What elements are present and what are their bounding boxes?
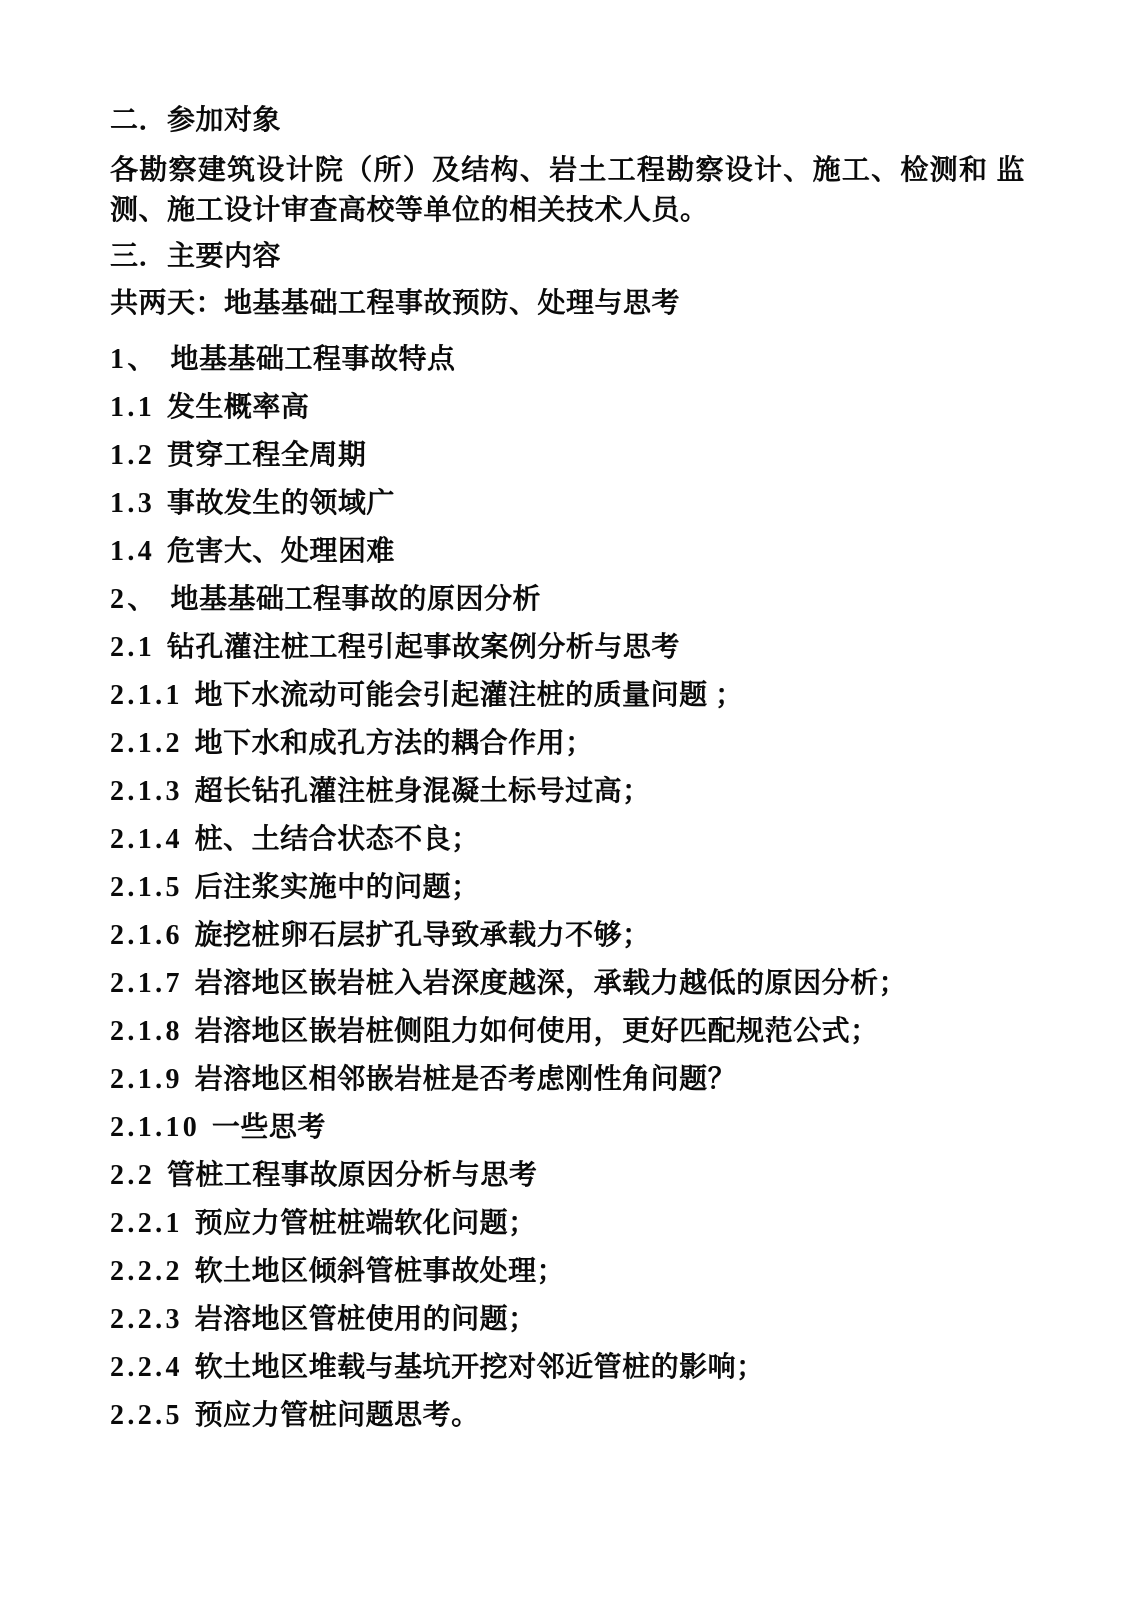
outline-item: 2、地基基础工程事故的原因分析 [110,585,1025,615]
outline-item: 2.2.4软土地区堆载与基坑开挖对邻近管桩的影响； [110,1353,1025,1383]
outline-item-text: 危害大、处理困难 [167,536,395,567]
outline-item: 2.1.9岩溶地区相邻嵌岩桩是否考虑刚性角问题？ [110,1065,1025,1095]
outline-item-text: 岩溶地区相邻嵌岩桩是否考虑刚性角问题？ [195,1064,737,1095]
outline-item: 2.2.3岩溶地区管桩使用的问题； [110,1305,1025,1335]
outline-item-text: 地下水流动可能会引起灌注桩的质量问题 ； [195,680,744,711]
outline-item: 2.2.1预应力管桩桩端软化问题； [110,1209,1025,1239]
outline-item-number: 1.1 [110,392,155,423]
outline-item-number: 2.1.2 [110,728,183,759]
outline-item-number: 2.1.10 [110,1112,200,1143]
outline-item-number: 1.4 [110,536,155,567]
outline-item: 2.1.10一些思考 [110,1113,1025,1143]
outline-item: 2.1.1地下水流动可能会引起灌注桩的质量问题 ； [110,681,1025,711]
outline-item-text: 地基基础工程事故特点 [170,344,455,375]
outline-item-number: 2.1.5 [110,872,183,903]
outline-item-text: 软土地区倾斜管桩事故处理； [195,1256,566,1287]
outline-item-text: 一些思考 [212,1112,326,1143]
outline-item-number: 2.1.4 [110,824,183,855]
outline-item-number: 1.2 [110,440,155,471]
outline-item-number: 2.1.6 [110,920,183,951]
outline-item-text: 桩、土结合状态不良； [195,824,480,855]
outline-item: 2.1.6旋挖桩卵石层扩孔导致承载力不够； [110,921,1025,951]
outline-item: 2.1.3超长钻孔灌注桩身混凝土标号过高； [110,777,1025,807]
course-summary-line: 共两天：地基基础工程事故预防、处理与思考 [110,289,1025,319]
outline-item-text: 岩溶地区嵌岩桩入岩深度越深，承载力越低的原因分析； [195,968,908,999]
outline-item: 2.1钻孔灌注桩工程引起事故案例分析与思考 [110,633,1025,663]
outline-item-text: 地下水和成孔方法的耦合作用； [195,728,594,759]
outline-item: 1.3事故发生的领域广 [110,489,1025,519]
outline-item: 2.1.2地下水和成孔方法的耦合作用； [110,729,1025,759]
outline-item: 1、地基基础工程事故特点 [110,345,1025,375]
outline-item-number: 2.1.9 [110,1064,183,1095]
outline-item-number: 2.1.3 [110,776,183,807]
outline-item-number: 2.1.7 [110,968,183,999]
outline-item-number: 1.3 [110,488,155,519]
outline-item-number: 2、 [110,584,159,615]
outline-item-number: 2.2.1 [110,1208,183,1239]
outline-item-number: 2.1.8 [110,1016,183,1047]
outline-item-text: 软土地区堆载与基坑开挖对邻近管桩的影响； [195,1352,765,1383]
outline-item: 1.4危害大、处理困难 [110,537,1025,567]
outline-item-number: 1、 [110,344,159,375]
outline-item: 2.2.5预应力管桩问题思考。 [110,1401,1025,1431]
outline-item-text: 后注浆实施中的问题； [195,872,480,903]
outline-item: 2.1.8岩溶地区嵌岩桩侧阻力如何使用，更好匹配规范公式； [110,1017,1025,1047]
section-heading-main-content: 三．主要内容 [110,241,1025,273]
outline-item-number: 2.2.5 [110,1400,183,1431]
outline-item-text: 发生概率高 [167,392,310,423]
outline-item-number: 2.1 [110,632,155,663]
outline-item: 2.1.7岩溶地区嵌岩桩入岩深度越深，承载力越低的原因分析； [110,969,1025,999]
outline-item-text: 管桩工程事故原因分析与思考 [167,1160,538,1191]
outline-item-text: 贯穿工程全周期 [167,440,367,471]
outline-item-text: 岩溶地区嵌岩桩侧阻力如何使用，更好匹配规范公式； [195,1016,879,1047]
outline-item-text: 预应力管桩桩端软化问题； [195,1208,537,1239]
outline-item-text: 预应力管桩问题思考。 [195,1400,480,1431]
outline-item: 1.1发生概率高 [110,393,1025,423]
outline-item-text: 事故发生的领域广 [167,488,395,519]
outline-item-number: 2.2.2 [110,1256,183,1287]
participants-paragraph: 各勘察建筑设计院（所）及结构、岩土工程勘察设计、施工、检测和 监测、施工设计审查… [110,151,1025,231]
outline-item-number: 2.1.1 [110,680,183,711]
outline-item-text: 超长钻孔灌注桩身混凝土标号过高； [195,776,651,807]
section-heading-participants: 二．参加对象 [110,105,1025,137]
outline-item-number: 2.2.4 [110,1352,183,1383]
outline-item: 1.2贯穿工程全周期 [110,441,1025,471]
outline-item-text: 地基基础工程事故的原因分析 [170,584,541,615]
outline-item: 2.1.5后注浆实施中的问题； [110,873,1025,903]
outline-item-text: 旋挖桩卵石层扩孔导致承载力不够； [195,920,651,951]
outline-item: 2.2管桩工程事故原因分析与思考 [110,1161,1025,1191]
outline-item-text: 岩溶地区管桩使用的问题； [195,1304,537,1335]
outline-item-number: 2.2 [110,1160,155,1191]
outline-item: 2.2.2软土地区倾斜管桩事故处理； [110,1257,1025,1287]
document-page: 二．参加对象 各勘察建筑设计院（所）及结构、岩土工程勘察设计、施工、检测和 监测… [0,0,1131,1600]
outline-item: 2.1.4桩、土结合状态不良； [110,825,1025,855]
outline-item-number: 2.2.3 [110,1304,183,1335]
outline-item-text: 钻孔灌注桩工程引起事故案例分析与思考 [167,632,680,663]
outline-list: 1、地基基础工程事故特点 1.1发生概率高 1.2贯穿工程全周期 1.3事故发生… [110,345,1025,1431]
